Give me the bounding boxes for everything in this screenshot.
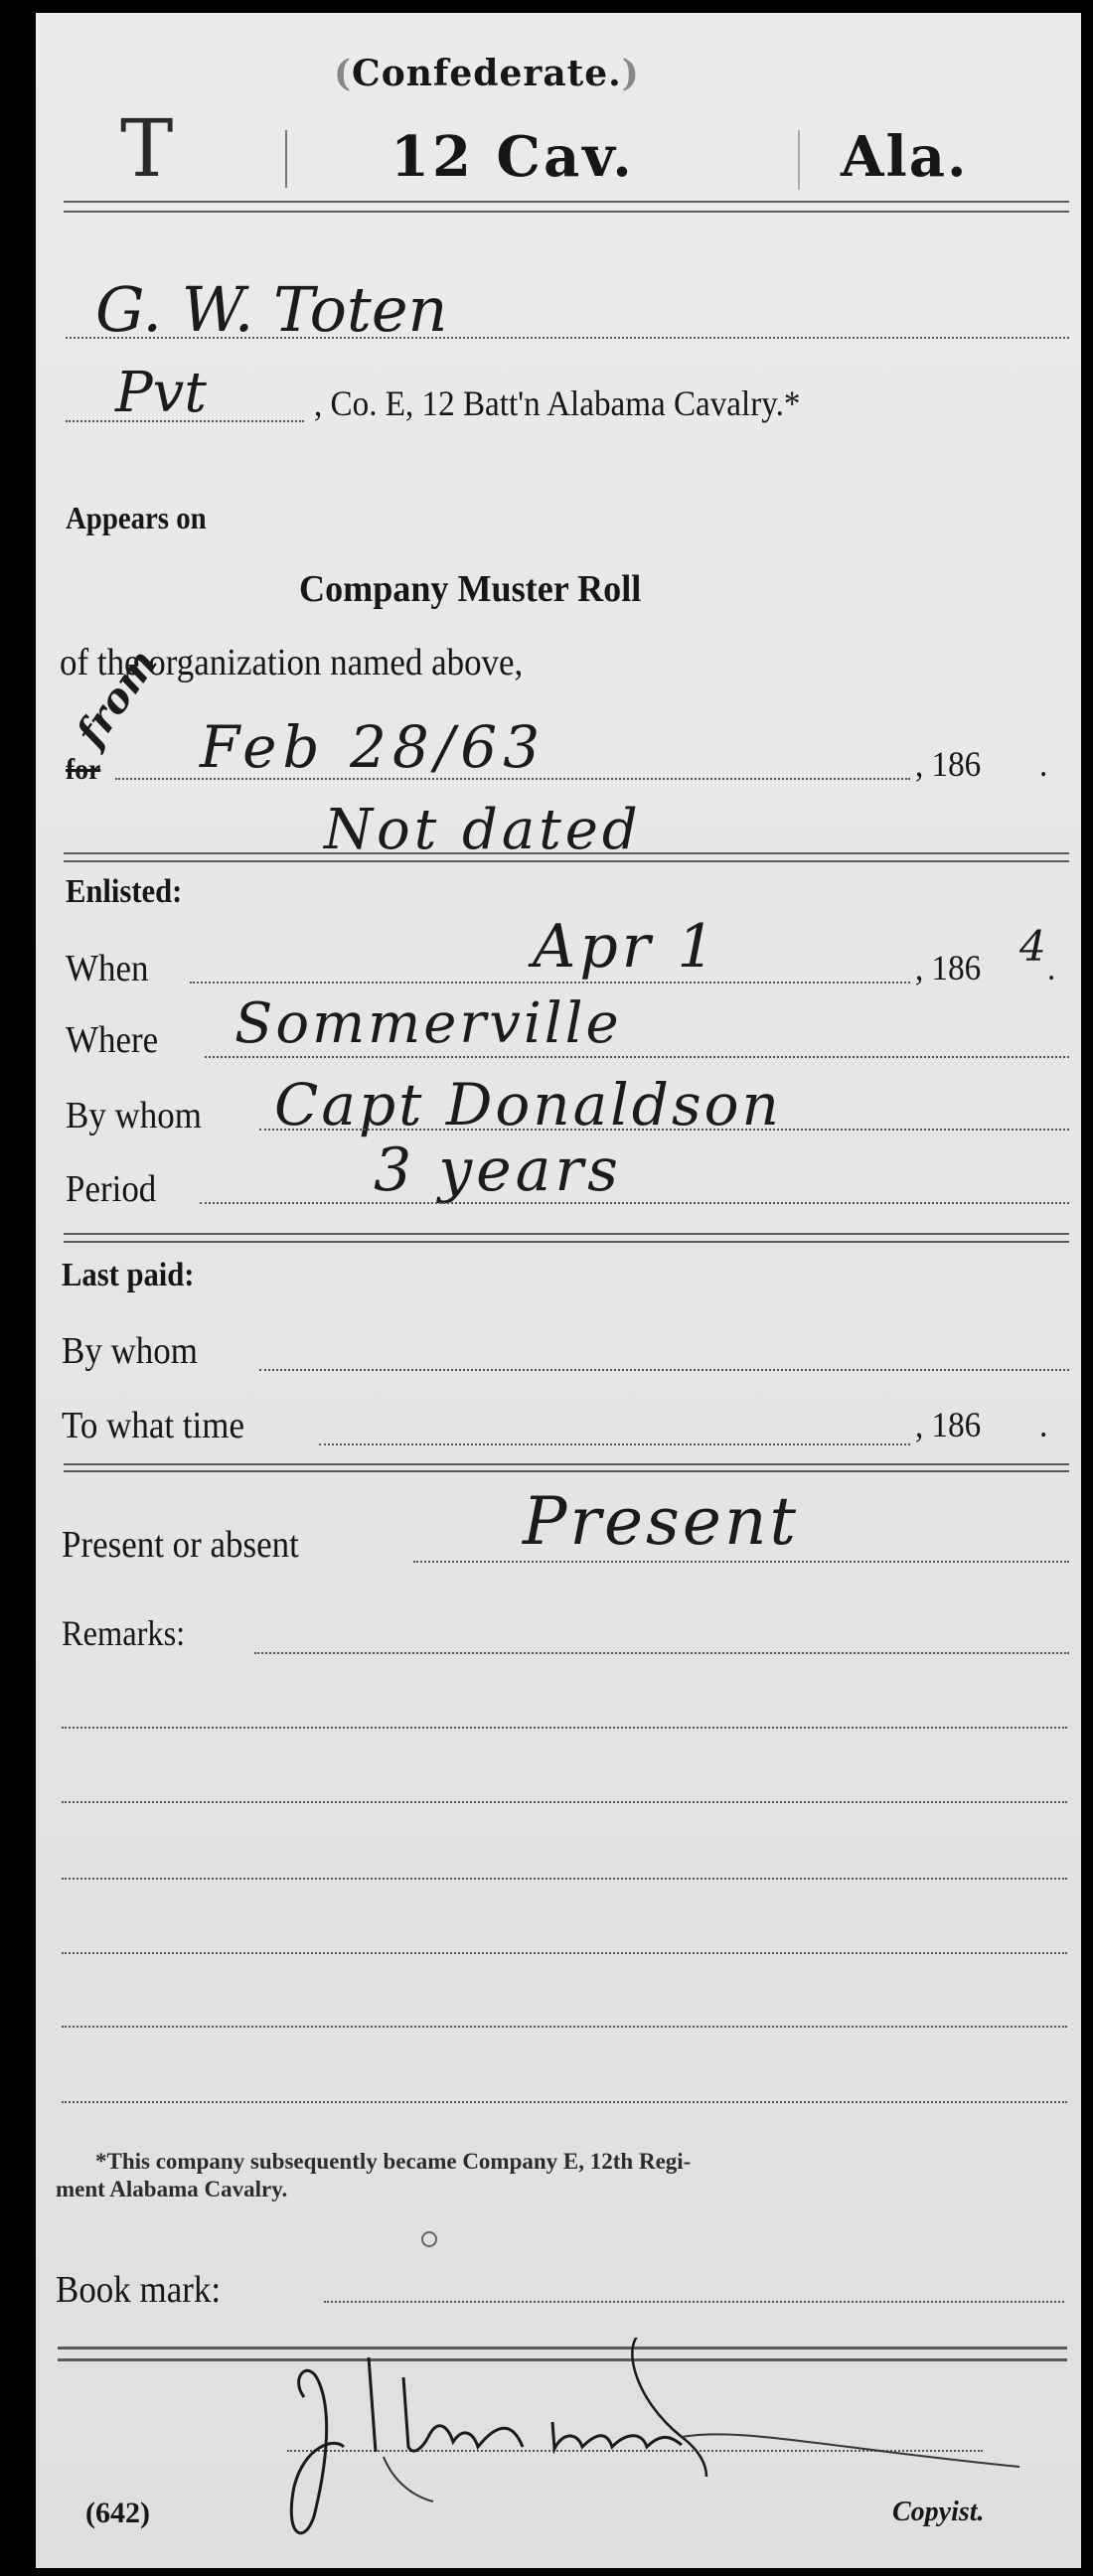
when-year-suffix: .	[1047, 947, 1055, 988]
side-label: Confederate.	[352, 53, 622, 94]
remarks-line-4	[62, 1878, 1067, 1880]
remarks-line-2	[62, 1727, 1067, 1729]
period-line	[200, 1202, 1069, 1204]
where-label: Where	[66, 1018, 158, 1062]
bookmark-label: Book mark:	[56, 2268, 221, 2312]
remarks-label: Remarks:	[62, 1612, 185, 1654]
present-absent-value: Present	[523, 1483, 799, 1560]
for-label-struck: for	[66, 753, 100, 787]
when-value: Apr 1	[533, 912, 719, 982]
enlisted-by-whom-line	[259, 1129, 1069, 1131]
confederate-header: (Confederate.)	[334, 53, 640, 94]
bookmark-line	[324, 2301, 1064, 2303]
when-label: When	[66, 947, 148, 990]
muster-roll-card: (Confederate.) T 12 Cav. Ala. G. W. Tote…	[36, 13, 1081, 2568]
roll-year-prefix: , 186	[915, 743, 981, 785]
roll-period-value: Feb 28/63	[200, 713, 546, 781]
footnote-line-2: ment Alabama Cavalry.	[56, 2177, 287, 2202]
name-line	[66, 337, 1069, 339]
present-absent-label: Present or absent	[62, 1523, 299, 1567]
paid-by-whom-label: By whom	[62, 1329, 198, 1373]
to-what-time-line	[319, 1443, 910, 1445]
state-label: Ala.	[841, 124, 969, 190]
remarks-line-3	[62, 1801, 1067, 1803]
copyist-label: Copyist.	[892, 2497, 985, 2528]
enlisted-rule-top	[64, 1233, 1069, 1235]
header-divider-left	[285, 130, 287, 188]
remarks-line-7	[62, 2101, 1067, 2103]
punch-hole-icon	[421, 2231, 437, 2247]
soldier-name: G. W. Toten	[95, 273, 447, 346]
enlisted-by-whom-label: By whom	[66, 1094, 202, 1137]
unit-label: 12 Cav.	[390, 124, 635, 190]
footnote-line-1: *This company subsequently became Compan…	[95, 2149, 691, 2175]
paren-open: (	[334, 53, 352, 94]
index-initial: T	[120, 102, 173, 195]
appears-on-label: Appears on	[66, 500, 207, 536]
roll-rule-bottom	[64, 860, 1069, 862]
header-rule-bottom	[64, 211, 1069, 213]
for-line	[115, 778, 910, 780]
roll-rule-top	[64, 852, 1069, 854]
remarks-line-1	[254, 1652, 1069, 1654]
form-number: (642)	[85, 2497, 150, 2530]
where-value: Sommerville	[234, 991, 622, 1056]
rank-line	[66, 420, 304, 422]
remarks-line-5	[62, 1952, 1067, 1954]
present-absent-line	[413, 1561, 1069, 1563]
paren-close: )	[622, 53, 640, 94]
period-value: 3 years	[374, 1136, 622, 1205]
enlisted-heading: Enlisted:	[66, 873, 182, 911]
remarks-line-6	[62, 2026, 1067, 2028]
paid-rule-top	[64, 1463, 1069, 1465]
soldier-rank: Pvt	[115, 361, 207, 425]
enlisted-rule-bottom	[64, 1241, 1069, 1243]
paid-rule-bottom	[64, 1470, 1069, 1472]
header-divider-right	[798, 130, 800, 190]
where-line	[205, 1056, 1069, 1058]
period-label: Period	[66, 1167, 156, 1211]
when-year-prefix: , 186	[915, 947, 981, 988]
paid-year-suffix: .	[1039, 1404, 1047, 1445]
roll-type-title: Company Muster Roll	[299, 567, 641, 611]
roll-year-suffix: .	[1039, 743, 1047, 785]
organization-text: , Co. E, 12 Batt'n Alabama Cavalry.*	[314, 382, 800, 424]
header-rule-top	[64, 201, 1069, 203]
paid-year-prefix: , 186	[915, 1404, 981, 1445]
when-line	[190, 982, 910, 984]
when-year-digit: 4	[1019, 922, 1046, 971]
last-paid-heading: Last paid:	[62, 1257, 194, 1294]
paid-by-whom-line	[259, 1369, 1069, 1371]
to-what-time-label: To what time	[62, 1404, 244, 1447]
